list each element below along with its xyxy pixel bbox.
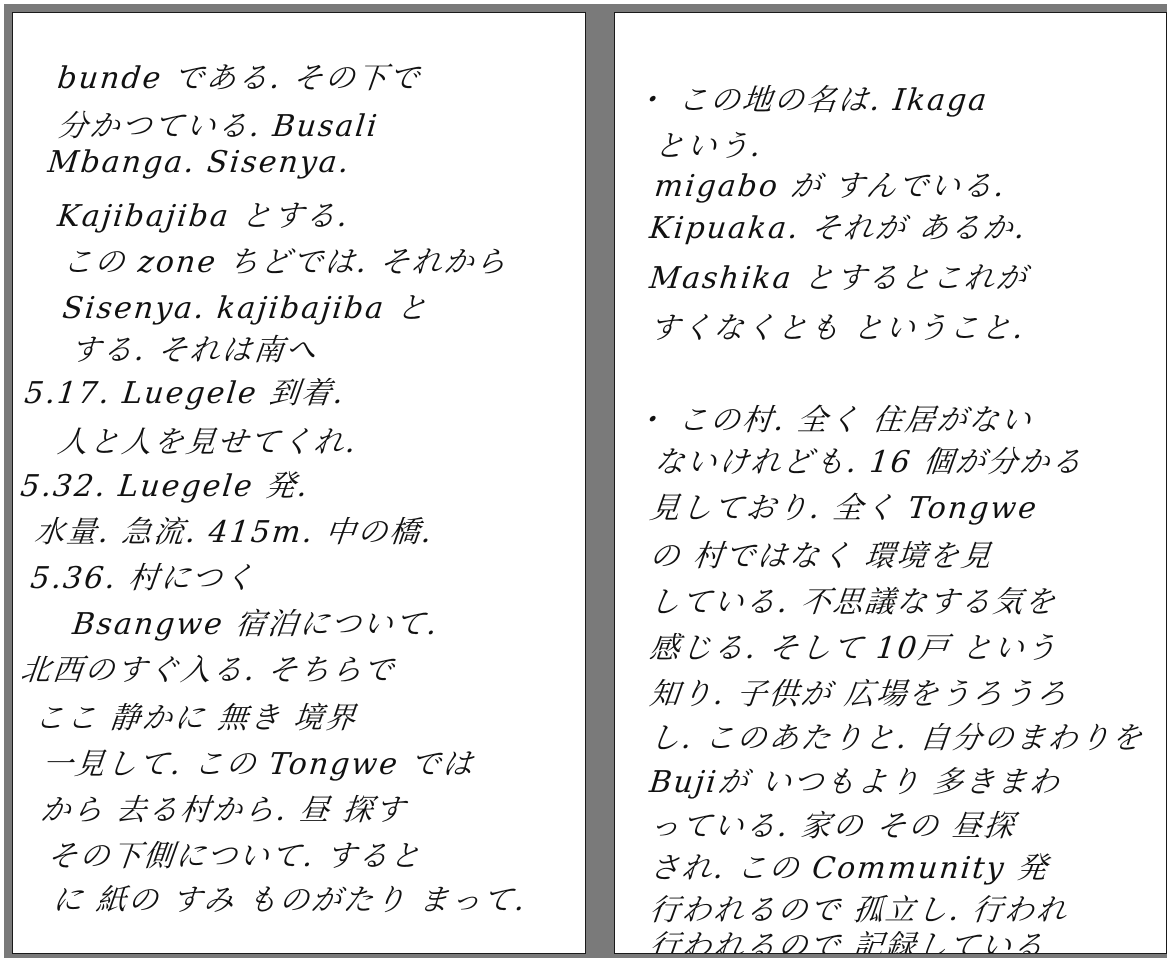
handwritten-line: bunde である. その下で	[56, 53, 424, 97]
handwritten-line: この zone ちどでは. それから	[61, 237, 511, 281]
handwritten-line: すくなくとも ということ.	[648, 303, 1028, 347]
handwritten-line: の 村ではなく 環境を見	[648, 531, 996, 575]
handwritten-line: という.	[653, 121, 765, 165]
handwritten-line: ここ 静かに 無き 境界	[33, 693, 360, 737]
handwritten-line: ・ この村. 全く 住居がない	[633, 395, 1036, 439]
handwritten-line: 北西のすぐ入る. そちらで	[19, 645, 398, 689]
image-frame: bunde である. その下で 分かつている. Busali Mbanga. S…	[4, 4, 1167, 958]
handwritten-line: Kajibajiba とする.	[56, 191, 352, 235]
handwritten-line: Bsangwe 宿泊について.	[71, 599, 441, 643]
handwritten-line: 人と人を見せてくれ.	[56, 417, 360, 461]
handwritten-line: 一見して. この Tongwe では	[41, 739, 477, 783]
left-notebook-page: bunde である. その下で 分かつている. Busali Mbanga. S…	[12, 12, 586, 954]
handwritten-line: Mbanga. Sisenya.	[46, 145, 352, 180]
handwritten-line: 感じる. そして 10戸 という	[648, 623, 1061, 667]
handwritten-line: Sisenya. kajibajiba と	[61, 283, 432, 327]
handwritten-line: に 紙の すみ ものがたり まって.	[51, 875, 529, 919]
handwritten-line: され. この Community 発	[648, 843, 1052, 887]
handwritten-line: し. このあたりと. 自分のまわりを	[648, 713, 1147, 757]
handwritten-line: Kipuaka. それが あるか.	[648, 203, 1029, 247]
handwritten-line: 行われるので 記録している	[648, 921, 1048, 954]
handwritten-line: 分かつている. Busali	[56, 101, 382, 145]
handwritten-line: 水量. 急流. 415m. 中の橋.	[33, 507, 436, 551]
handwritten-line: から 去る村から. 昼 探す	[39, 785, 410, 829]
handwritten-line: Mashika とするとこれが	[648, 253, 1031, 297]
handwritten-line: 知り. 子供が 広場をうろうろ	[648, 669, 1071, 713]
handwritten-line: っている. 家の その 昼探	[648, 801, 1019, 845]
handwritten-line: 見しており. 全く Tongwe	[648, 483, 1041, 527]
handwritten-line: 5.36. 村につく	[29, 553, 259, 597]
handwritten-line: 5.32. Luegele 発.	[19, 461, 312, 505]
handwritten-line: ・ この地の名は. Ikaga	[633, 75, 991, 119]
handwritten-line: ないけれども. 16 個が分かる	[653, 437, 1086, 481]
handwritten-line: している. 不思議なする気を	[648, 577, 1060, 621]
handwritten-line: migabo が すんでいる.	[653, 161, 1009, 205]
handwritten-line: 5.17. Luegele 到着.	[23, 368, 348, 412]
right-notebook-page: ・ この地の名は. Ikaga という. migabo が すんでいる. Kip…	[614, 12, 1167, 954]
handwritten-line: Bujiが いつもより 多きまわ	[648, 757, 1064, 801]
handwritten-line: する. それは南へ	[69, 325, 321, 369]
handwritten-line: その下側について. すると	[46, 831, 425, 875]
